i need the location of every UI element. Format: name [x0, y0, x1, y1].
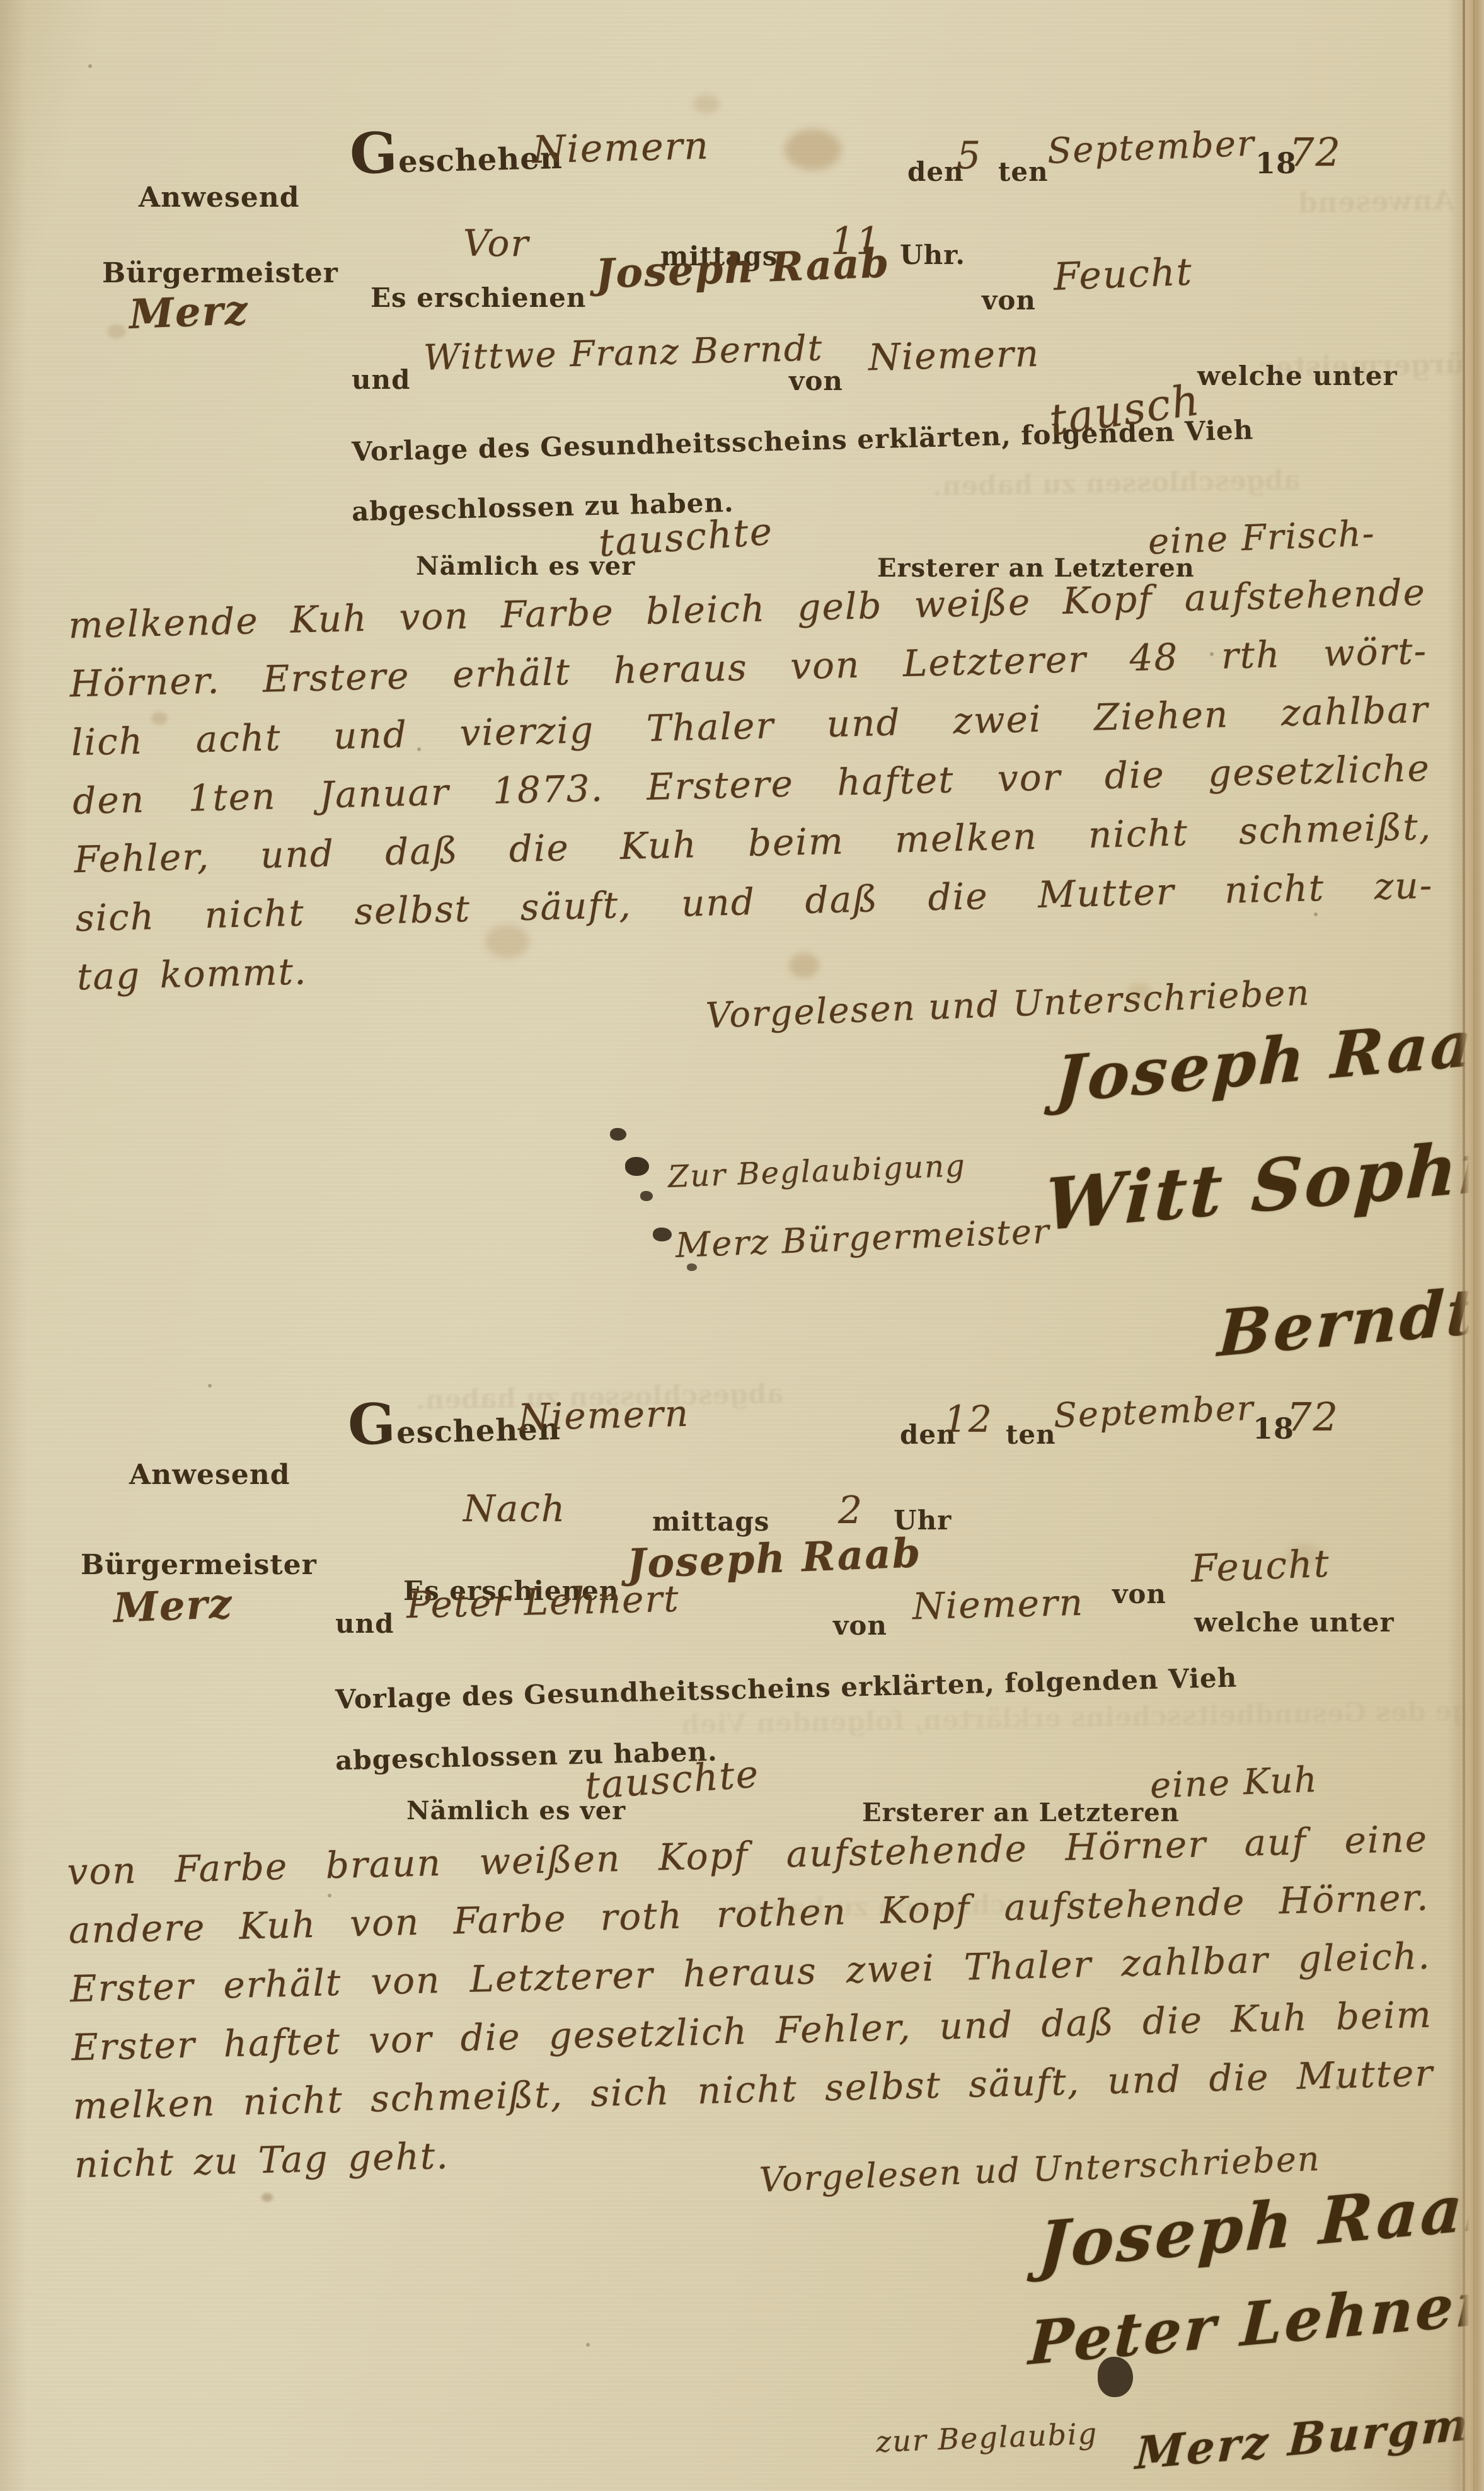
- e1-signature-party2-line2: Berndte: [1216, 1270, 1484, 1371]
- e2-signature-party2: Peter Lehnert: [1027, 2266, 1484, 2379]
- e1-party2-handwritten: Wittwe Franz Berndt: [423, 328, 824, 378]
- page-edge: [1447, 0, 1484, 2491]
- e1-label-geschehen: Geschehen: [349, 127, 563, 181]
- ink-blot: [625, 1157, 649, 1176]
- page-edge-line: [1463, 0, 1465, 2491]
- e2-beglaubigung-handwritten: zur Beglaubig: [875, 2416, 1098, 2458]
- e2-month-handwritten: September: [1053, 1388, 1255, 1435]
- paper-stain: [693, 95, 720, 113]
- e2-label-buergermeister: Bürgermeister: [81, 1549, 317, 1581]
- e1-attestor-signature: Merz Bürgermeister: [675, 1211, 1051, 1265]
- paper-speck: [586, 2343, 590, 2347]
- paper-speck: [88, 64, 92, 68]
- ink-blot: [640, 1191, 653, 1201]
- e1-label-von-1: von: [982, 285, 1036, 316]
- e2-label-und: und: [335, 1608, 394, 1639]
- e1-signature-party2-line1: Witt Sophie: [1043, 1121, 1484, 1247]
- e1-year-handwritten: 72: [1289, 129, 1342, 175]
- e2-day-handwritten: 12: [944, 1398, 993, 1441]
- paper-stain: [785, 129, 841, 170]
- bleedthrough-text: abgeschlossen zu haben.: [933, 464, 1301, 502]
- paper-stain: [262, 2193, 273, 2202]
- e2-hand-intro: eine Kuh: [1149, 1759, 1319, 1807]
- e2-from2-handwritten: Niemern: [912, 1581, 1084, 1628]
- scanned-document-page: Anwesend Bürgermeister abgeschlossen zu …: [0, 0, 1484, 2491]
- e1-label-buergermeister: Bürgermeister: [102, 257, 338, 289]
- e2-daypart-handwritten: Nach: [463, 1487, 566, 1530]
- e1-label-welche-unter: welche unter: [1197, 360, 1398, 391]
- e2-label-mittags: mittags: [652, 1506, 769, 1537]
- e2-party2-handwritten: Peter Lehnert: [406, 1577, 680, 1627]
- e2-mayor-signature: Merz: [113, 1580, 234, 1632]
- e1-handwritten-paragraph: melkende Kuh von Farbe bleich gelb weiße…: [67, 563, 1435, 1006]
- e1-mayor-signature: Merz: [129, 287, 250, 338]
- e2-label-von-2: von: [833, 1610, 887, 1641]
- e1-place-handwritten: Niemern: [532, 124, 710, 173]
- e2-year-handwritten: 72: [1287, 1394, 1339, 1440]
- e2-attestor-signature: Merz Burgmst: [1134, 2393, 1484, 2480]
- e2-from1-handwritten: Feucht: [1190, 1542, 1331, 1591]
- e2-hour-handwritten: 2: [838, 1488, 863, 1533]
- page-left-shade: [0, 0, 26, 2491]
- e2-label-anwesend: Anwesend: [129, 1459, 290, 1491]
- bleedthrough-text: Anwesend: [1298, 185, 1454, 219]
- e2-handwritten-paragraph: von Farbe braun weißen Kopf aufstehende …: [67, 1810, 1436, 2195]
- e1-label-ten: ten: [998, 156, 1049, 187]
- paper-speck: [208, 1384, 212, 1388]
- e1-from1-handwritten: Feucht: [1053, 250, 1194, 299]
- e1-beglaubigung-handwritten: Zur Beglaubigung: [667, 1148, 967, 1195]
- e1-label-von-2: von: [789, 365, 843, 396]
- e1-hand-intro: eine Frisch-: [1148, 513, 1376, 563]
- ink-blot: [1098, 2357, 1133, 2397]
- ink-blot: [610, 1128, 626, 1141]
- e2-place-handwritten: Niemern: [517, 1392, 690, 1439]
- e1-month-handwritten: September: [1047, 123, 1256, 172]
- ink-blot: [687, 1263, 697, 1271]
- page-edge-line: [1473, 0, 1475, 2491]
- e2-label-von-1: von: [1112, 1579, 1166, 1609]
- e2-label-ten: ten: [1006, 1419, 1056, 1450]
- e1-label-den: den: [907, 156, 964, 187]
- e1-from2-handwritten: Niemern: [868, 332, 1040, 379]
- e1-label-uhr: Uhr.: [900, 239, 965, 270]
- e1-label-und: und: [352, 364, 410, 395]
- e1-day-handwritten: 5: [957, 134, 982, 178]
- e1-label-anwesend: Anwesend: [139, 181, 300, 214]
- e2-label-welche-unter: welche unter: [1194, 1607, 1395, 1638]
- e1-party1-handwritten: Joseph Raab: [595, 239, 891, 298]
- paper-stain: [107, 325, 126, 338]
- e1-daypart-handwritten: Vor: [463, 222, 529, 265]
- ink-blot: [653, 1228, 672, 1241]
- e1-label-es-erschienen: Es erschienen: [371, 282, 586, 313]
